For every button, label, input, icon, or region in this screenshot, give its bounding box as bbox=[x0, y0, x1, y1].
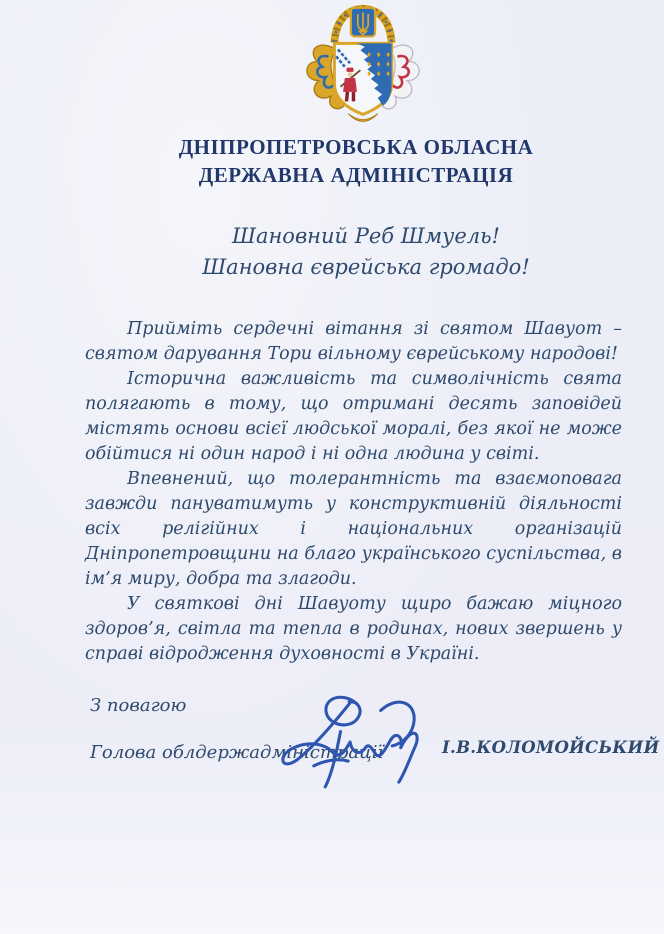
paragraph-1: Прийміть сердечні вітання зі святом Шаву… bbox=[85, 317, 622, 367]
signature-autograph-icon bbox=[266, 688, 438, 796]
signer-name: І.В.КОЛОМОЙСЬКИЙ bbox=[442, 738, 659, 757]
trident-icon bbox=[351, 8, 375, 37]
coat-of-arms-icon bbox=[298, 4, 428, 126]
letter-page: ДНІПРОПЕТРОВСЬКА ОБЛАСНА ДЕРЖАВНА АДМІНІ… bbox=[0, 0, 664, 934]
org-name: ДНІПРОПЕТРОВСЬКА ОБЛАСНА ДЕРЖАВНА АДМІНІ… bbox=[56, 133, 656, 189]
closing: З повагою bbox=[90, 695, 186, 716]
salutation-line1: Шановний Реб Шмуель! bbox=[66, 221, 664, 252]
paragraph-4: У святкові дні Шавуоту щиро бажаю міцног… bbox=[85, 592, 622, 667]
salutation: Шановний Реб Шмуель! Шановна єврейська г… bbox=[66, 221, 664, 283]
shield-icon bbox=[334, 43, 391, 114]
org-name-line2: ДЕРЖАВНА АДМІНІСТРАЦІЯ bbox=[56, 161, 656, 189]
letter-body: Прийміть сердечні вітання зі святом Шаву… bbox=[85, 317, 622, 667]
paragraph-2: Історична важливість та символічність св… bbox=[85, 367, 622, 467]
salutation-line2: Шановна єврейська громадо! bbox=[66, 252, 664, 283]
org-name-line1: ДНІПРОПЕТРОВСЬКА ОБЛАСНА bbox=[56, 133, 656, 161]
paragraph-3: Впевнений, що толерантність та взаємопов… bbox=[85, 467, 622, 592]
